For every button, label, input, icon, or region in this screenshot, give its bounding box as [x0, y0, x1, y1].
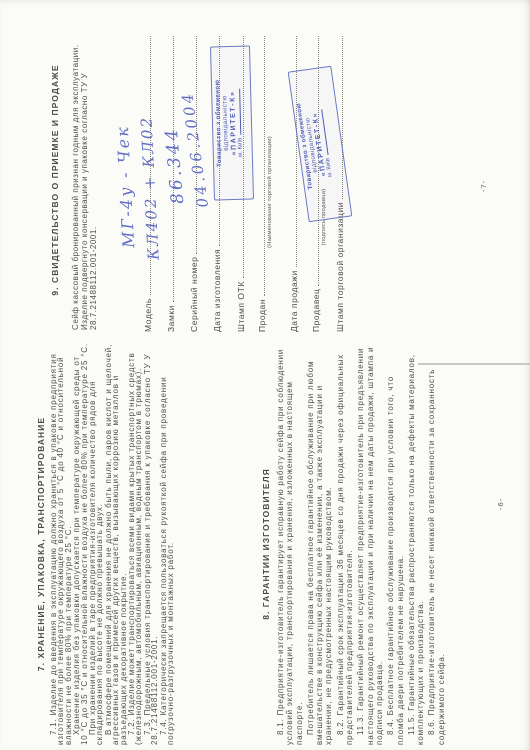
paragraph: 7.1. Изделие до введения в эксплуатацию … — [50, 343, 72, 745]
caption-trade-organization: (Наименование торговой организации) — [267, 97, 273, 287]
field-label: Дата продажи — [289, 270, 299, 332]
dotted-line — [255, 36, 265, 296]
form-field-sold-to: Продан — [255, 34, 267, 332]
section7-title: 7. ХРАНЕНИЕ, УПАКОВКА, ТРАНСПОРТИРОВАНИЕ — [36, 343, 46, 745]
page-6: 7. ХРАНЕНИЕ, УПАКОВКА, ТРАНСПОРТИРОВАНИЕ… — [0, 343, 530, 745]
page-7: 9. СВИДЕТЕЛЬСТВО О ПРИЕМКЕ И ПРОДАЖЕ Сей… — [0, 28, 530, 332]
paragraph: Потребитель лишается права на бесплатное… — [306, 343, 334, 745]
paragraph: 7.4. Категорически запрещается пользоват… — [160, 343, 175, 745]
section8-title: 8. ГАРАНТИИ ИЗГОТОВИТЕЛЯ — [261, 343, 271, 745]
handwriting-model-value: МГ-4у - Чек — [113, 125, 138, 249]
field-label: Дата изготовления — [212, 249, 222, 332]
paragraph: 7.2. Изделие может транспортироваться вс… — [128, 343, 143, 745]
field-label: Замки — [166, 305, 176, 332]
paragraph: 11.3. Гарантийный ремонт осуществляет пр… — [356, 343, 384, 745]
qc-stamp-paritet-k: Товариство з обмеженою відповідальністю … — [210, 46, 254, 201]
paragraph: 8.1. Предприятие-изготовитель гарантируе… — [276, 343, 304, 745]
field-label: Штамп ОТК — [236, 281, 246, 332]
paragraph: Хранение изделия без упаковки допускаетс… — [73, 343, 88, 745]
rotated-spread: 7. ХРАНЕНИЕ, УПАКОВКА, ТРАНСПОРТИРОВАНИЕ… — [0, 0, 530, 750]
field-label: Продавец — [311, 289, 321, 332]
section7-body: 7.1. Изделие до введения в эксплуатацию … — [50, 343, 176, 745]
scanned-passport-page: 7. ХРАНЕНИЕ, УПАКОВКА, ТРАНСПОРТИРОВАНИЕ… — [0, 0, 530, 750]
field-label: Серийный номер — [189, 257, 199, 332]
paragraph: 8.4. Бесплатное гарантийное обслуживание… — [386, 343, 405, 745]
field-label: Штамп торговой организации — [335, 202, 345, 332]
paragraph: При хранении изделий в таре предприятия-… — [89, 343, 104, 745]
paragraph: 7.3. Предельные условия транспортировани… — [144, 343, 159, 745]
paragraph: 8.6. Предприятие-изготовитель не несет н… — [427, 343, 446, 745]
section8-body: 8.1. Предприятие-изготовитель гарантируе… — [276, 343, 448, 745]
paragraph: 8.2. Гарантийный срок эксплуатации 36 ме… — [336, 343, 355, 745]
paragraph: В атмосфере помещений для хранения не до… — [105, 343, 127, 745]
page-fold-line — [418, 364, 530, 366]
field-label: Продан — [257, 299, 267, 332]
section9-intro: Сейф кассовый бронированный признан годн… — [71, 32, 98, 330]
paragraph: 11.5. Гарантийные обязательства распрост… — [407, 343, 426, 745]
field-label: Модель — [143, 298, 153, 332]
page-number-left: -6- — [496, 498, 505, 510]
section9-title: 9. СВИДЕТЕЛЬСТВО О ПРИЕМКЕ И ПРОДАЖЕ — [50, 28, 60, 332]
page-number-right: -7- — [479, 180, 488, 192]
